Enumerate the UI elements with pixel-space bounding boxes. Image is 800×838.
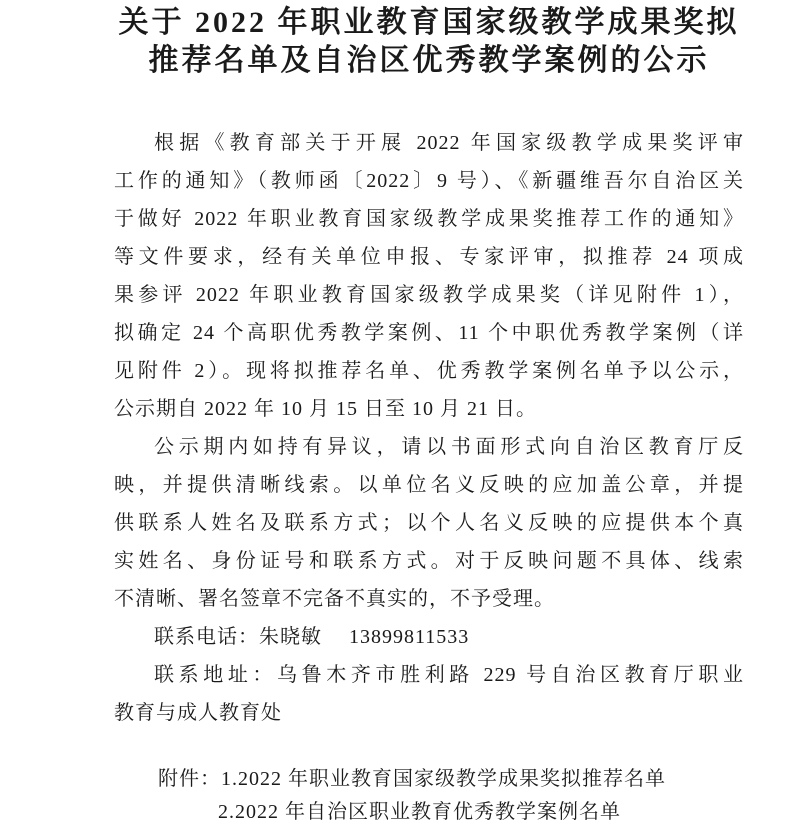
body-line: 拟确定 24 个高职优秀教学案例、11 个中职优秀教学案例（详: [114, 314, 744, 352]
body-line: 于做好 2022 年职业教育国家级教学成果奖推荐工作的通知》: [114, 200, 744, 238]
document-body: 根据《教育部关于开展 2022 年国家级教学成果奖评审工作的通知》（教师函〔20…: [114, 124, 744, 732]
body-line: 联系电话：朱晓敏 13899811533: [114, 618, 744, 656]
body-line: 不清晰、署名签章不完备不真实的，不予受理。: [114, 580, 744, 618]
body-line: 见附件 2）。现将拟推荐名单、优秀教学案例名单予以公示，: [114, 352, 744, 390]
body-line: 果参评 2022 年职业教育国家级教学成果奖（详见附件 1），: [114, 276, 744, 314]
body-line: 根据《教育部关于开展 2022 年国家级教学成果奖评审: [114, 124, 744, 162]
body-line: 公示期内如持有异议，请以书面形式向自治区教育厅反: [114, 428, 744, 466]
document-title: 关于 2022 年职业教育国家级教学成果奖拟 推荐名单及自治区优秀教学案例的公示: [114, 0, 744, 80]
document-page: 关于 2022 年职业教育国家级教学成果奖拟 推荐名单及自治区优秀教学案例的公示…: [0, 0, 800, 838]
body-line: 工作的通知》（教师函〔2022〕9 号）、《新疆维吾尔自治区关: [114, 162, 744, 200]
document-text-block: 关于 2022 年职业教育国家级教学成果奖拟 推荐名单及自治区优秀教学案例的公示…: [114, 0, 744, 829]
attachment-list: 附件：1.2022 年职业教育国家级教学成果奖拟推荐名单2.2022 年自治区职…: [114, 763, 744, 829]
document-title-line1: 关于 2022 年职业教育国家级教学成果奖拟: [114, 4, 744, 42]
body-line: 教育与成人教育处: [114, 694, 744, 732]
body-line: 实姓名、身份证号和联系方式。对于反映问题不具体、线索: [114, 542, 744, 580]
body-line: 映，并提供清晰线索。以单位名义反映的应加盖公章，并提: [114, 466, 744, 504]
document-title-line2: 推荐名单及自治区优秀教学案例的公示: [114, 42, 744, 80]
body-line: 联系地址：乌鲁木齐市胜利路 229 号自治区教育厅职业: [114, 656, 744, 694]
attachment-line: 附件：1.2022 年职业教育国家级教学成果奖拟推荐名单: [114, 763, 744, 796]
body-line: 公示期自 2022 年 10 月 15 日至 10 月 21 日。: [114, 390, 744, 428]
attachment-line: 2.2022 年自治区职业教育优秀教学案例名单: [114, 796, 744, 829]
body-line: 等文件要求，经有关单位申报、专家评审，拟推荐 24 项成: [114, 238, 744, 276]
body-line: 供联系人姓名及联系方式；以个人名义反映的应提供本个真: [114, 504, 744, 542]
